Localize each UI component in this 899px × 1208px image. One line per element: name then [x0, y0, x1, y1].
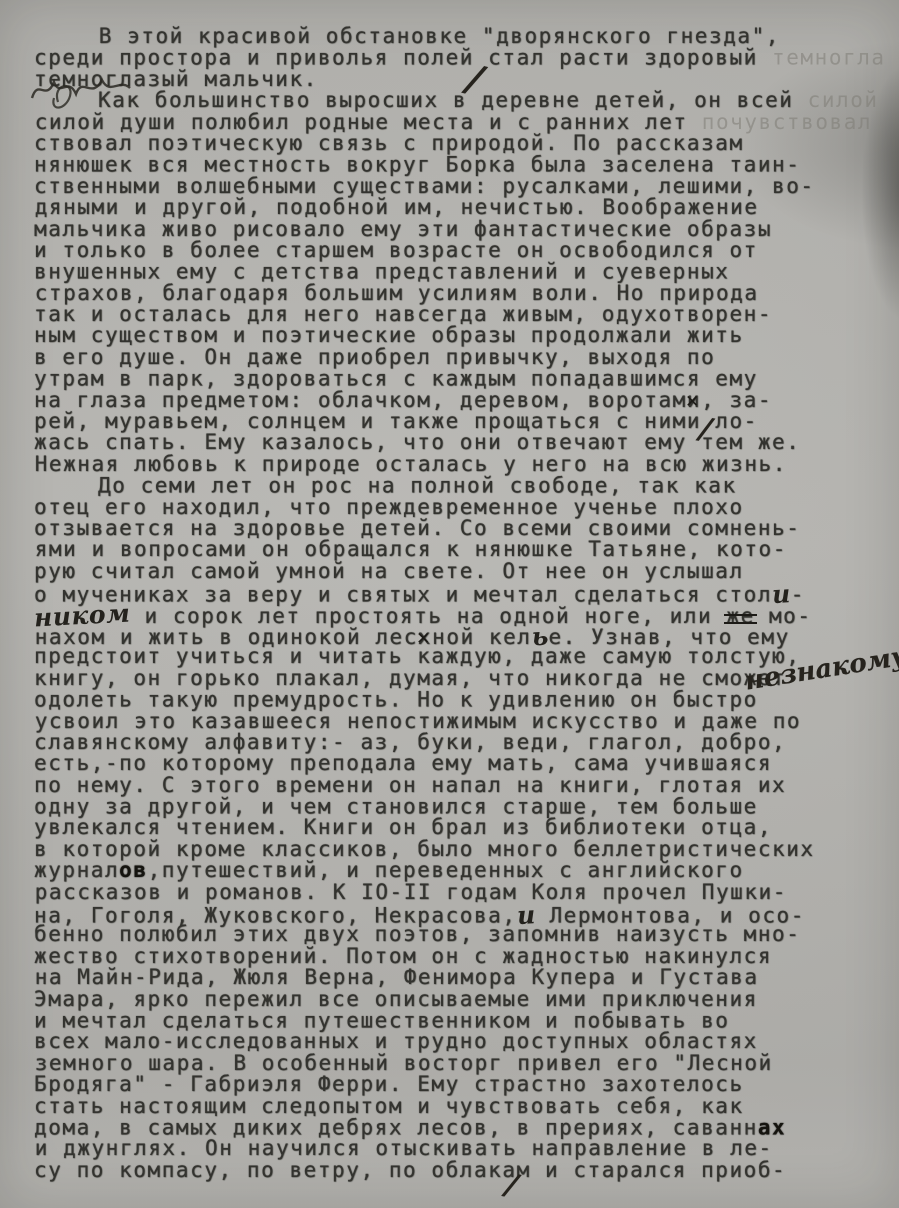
text-line: В этой красивой обстановке "дворянского …: [35, 26, 895, 47]
document-page: В этой красивой обстановке "дворянского …: [0, 0, 899, 1208]
text-line: ственными волшебными существами: русалка…: [34, 176, 894, 197]
text-line: жество стихотворений. Потом он с жадност…: [34, 946, 894, 967]
text-line: всех мало-исследованных и трудно доступн…: [34, 1031, 894, 1052]
text-line: ствовал поэтическую связь с природой. По…: [34, 133, 894, 154]
text-line: одну за другой, и чем становился старше,…: [34, 797, 894, 818]
text-line: и джунглях. Он научился отыскивать напра…: [35, 1138, 895, 1159]
text-line: так и осталась для него навсегда живым, …: [34, 304, 894, 325]
text-line: темноглазый мальчик.: [34, 69, 894, 90]
text-line: есть,-по которому преподала ему мать, са…: [34, 753, 894, 774]
text-line: Как большинство выросших в деревне детей…: [34, 90, 894, 111]
text-line: су по компасу, по ветру, по облакам и ст…: [34, 1160, 894, 1181]
text-line: утрам в парк, здороваться с каждым попад…: [34, 369, 894, 390]
text-line: дяными и другой, подобной им, нечистью. …: [35, 197, 895, 218]
text-line: ным существом и поэтические образы продо…: [34, 325, 894, 346]
text-line: и мечтал сделаться путешественником и по…: [34, 1011, 894, 1032]
text-line: силой души полюбил родные места и с ранн…: [35, 112, 895, 133]
text-line: ями и вопросами он обращался к нянюшке Т…: [35, 539, 895, 560]
text-line: До семи лет он рос на полной свободе, та…: [34, 476, 894, 497]
text-line: Бродяга" - Габриэля Ферри. Ему страстно …: [34, 1074, 894, 1095]
text-line: отзывается на здоровье детей. Со всеми с…: [34, 518, 894, 539]
text-line: в которой кроме классиков, было много бе…: [34, 839, 894, 860]
text-line: книгу, он горько плакал, думая, что нико…: [34, 668, 894, 689]
text-line: страхов, благодаря большим усилиям воли.…: [35, 283, 895, 304]
text-line: Нежная любовь к природе осталась у него …: [35, 454, 895, 475]
text-line: стать настоящим следопытом и чувствовать…: [34, 1096, 894, 1117]
text-line: на Майн-Рида, Жюля Верна, Фенимора Купер…: [35, 967, 895, 988]
text-line: рей, муравьем, солнцем и также прощаться…: [34, 411, 894, 432]
typewritten-text: В этой красивой обстановке "дворянского …: [34, 26, 894, 1181]
text-line: славянскому алфавиту:- аз, буки, веди, г…: [34, 732, 894, 753]
text-line: на, Гоголя, Жуковского, Некрасова,и Лерм…: [34, 904, 894, 925]
text-line: среди простора и приволья полей стал рас…: [34, 48, 894, 69]
text-line: по нему. С этого времени он напал на кни…: [34, 775, 894, 796]
text-line: нахом и жить в одинокой лесхной келье. У…: [35, 625, 895, 646]
text-line: нянюшек вся местность вокруг Борка была …: [34, 155, 894, 176]
text-line: Эмара, ярко пережил все описываемые ими …: [34, 989, 894, 1010]
text-line: отец его находил, что преждевременное уч…: [34, 497, 894, 518]
text-line: увлекался чтением. Книги он брал из библ…: [34, 817, 894, 838]
text-line: рассказов и романов. К IO-II годам Коля …: [35, 882, 895, 903]
text-line: жась спать. Ему казалось, что они отвеча…: [34, 432, 894, 453]
text-line: журналов,путешествий, и переведенных с а…: [34, 860, 894, 881]
text-line: о мучениках за веру и святых и мечтал сд…: [34, 583, 894, 604]
text-line: мальчика живо рисовало ему эти фантастич…: [34, 219, 894, 240]
text-line: и только в более старшем возрасте он осв…: [34, 240, 894, 261]
text-line: на глаза предметом: облачком, деревом, в…: [34, 390, 894, 411]
text-line: земного шара. В особенный восторг привел…: [35, 1053, 895, 1074]
text-line: усвоил это казавшееся непостижимым искус…: [35, 711, 895, 732]
text-line: рую считал самой умной на свете. От нее …: [34, 561, 894, 582]
text-line: в его душе. Он даже приобрел привычку, в…: [34, 347, 894, 368]
text-line: предстоит учиться и читать каждую, даже …: [34, 646, 894, 667]
